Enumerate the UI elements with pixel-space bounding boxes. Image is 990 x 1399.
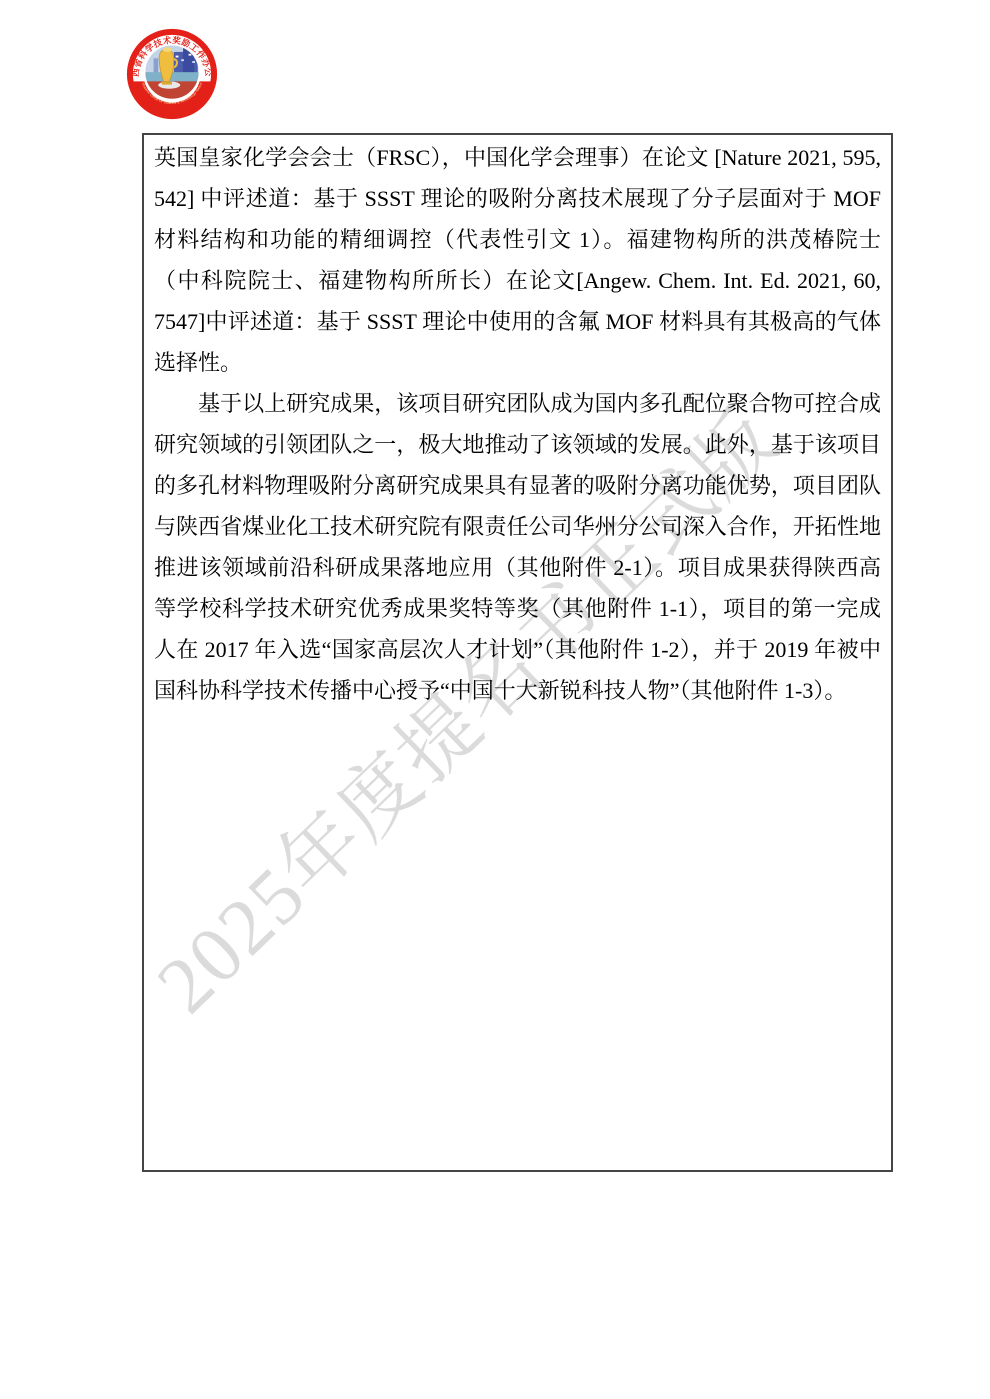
paragraph-expert-reviews: 英国皇家化学会会士（FRSC），中国化学会理事）在论文 [Nature 2021… bbox=[154, 137, 881, 383]
document-text: 英国皇家化学会会士（FRSC），中国化学会理事）在论文 [Nature 2021… bbox=[144, 135, 891, 711]
paragraph-achievements: 基于以上研究成果，该项目研究团队成为国内多孔配位聚合物可控合成研究领域的引领团队… bbox=[154, 383, 881, 711]
seal-photo bbox=[145, 45, 198, 98]
document-content-box: 英国皇家化学会会士（FRSC），中国化学会理事）在论文 [Nature 2021… bbox=[142, 133, 893, 1172]
organization-seal: 陕西省科学技术奖励工作办公室 Shaanxi Office Of Science… bbox=[126, 28, 218, 120]
seal-graphic: 陕西省科学技术奖励工作办公室 Shaanxi Office Of Science… bbox=[126, 28, 218, 120]
